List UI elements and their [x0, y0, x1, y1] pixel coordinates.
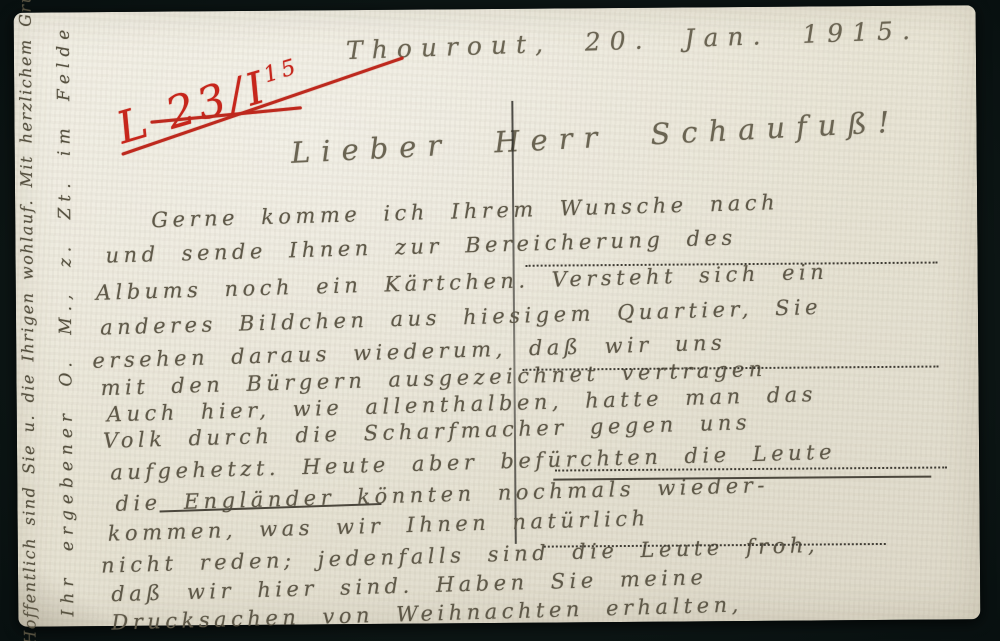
vertical-handwriting-line: Ihr ergebener O. M., z. Zt. im Felde — [54, 16, 79, 616]
red-annotation-superscript: 15 — [261, 54, 303, 88]
red-annotation: L 23/I15 — [111, 51, 309, 154]
dateline: Thourout, 20. Jan. 1915. — [346, 16, 920, 65]
handwriting-line: und sende Ihnen zur Bereicherung des — [105, 226, 737, 268]
vertical-handwriting-line: Hoffentlich sind Sie u. die Ihrigen wohl… — [16, 25, 40, 641]
postcard: Thourout, 20. Jan. 1915. L 23/I15 Lieber… — [14, 5, 981, 627]
salutation: Lieber Herr Schaufuß! — [290, 105, 901, 170]
